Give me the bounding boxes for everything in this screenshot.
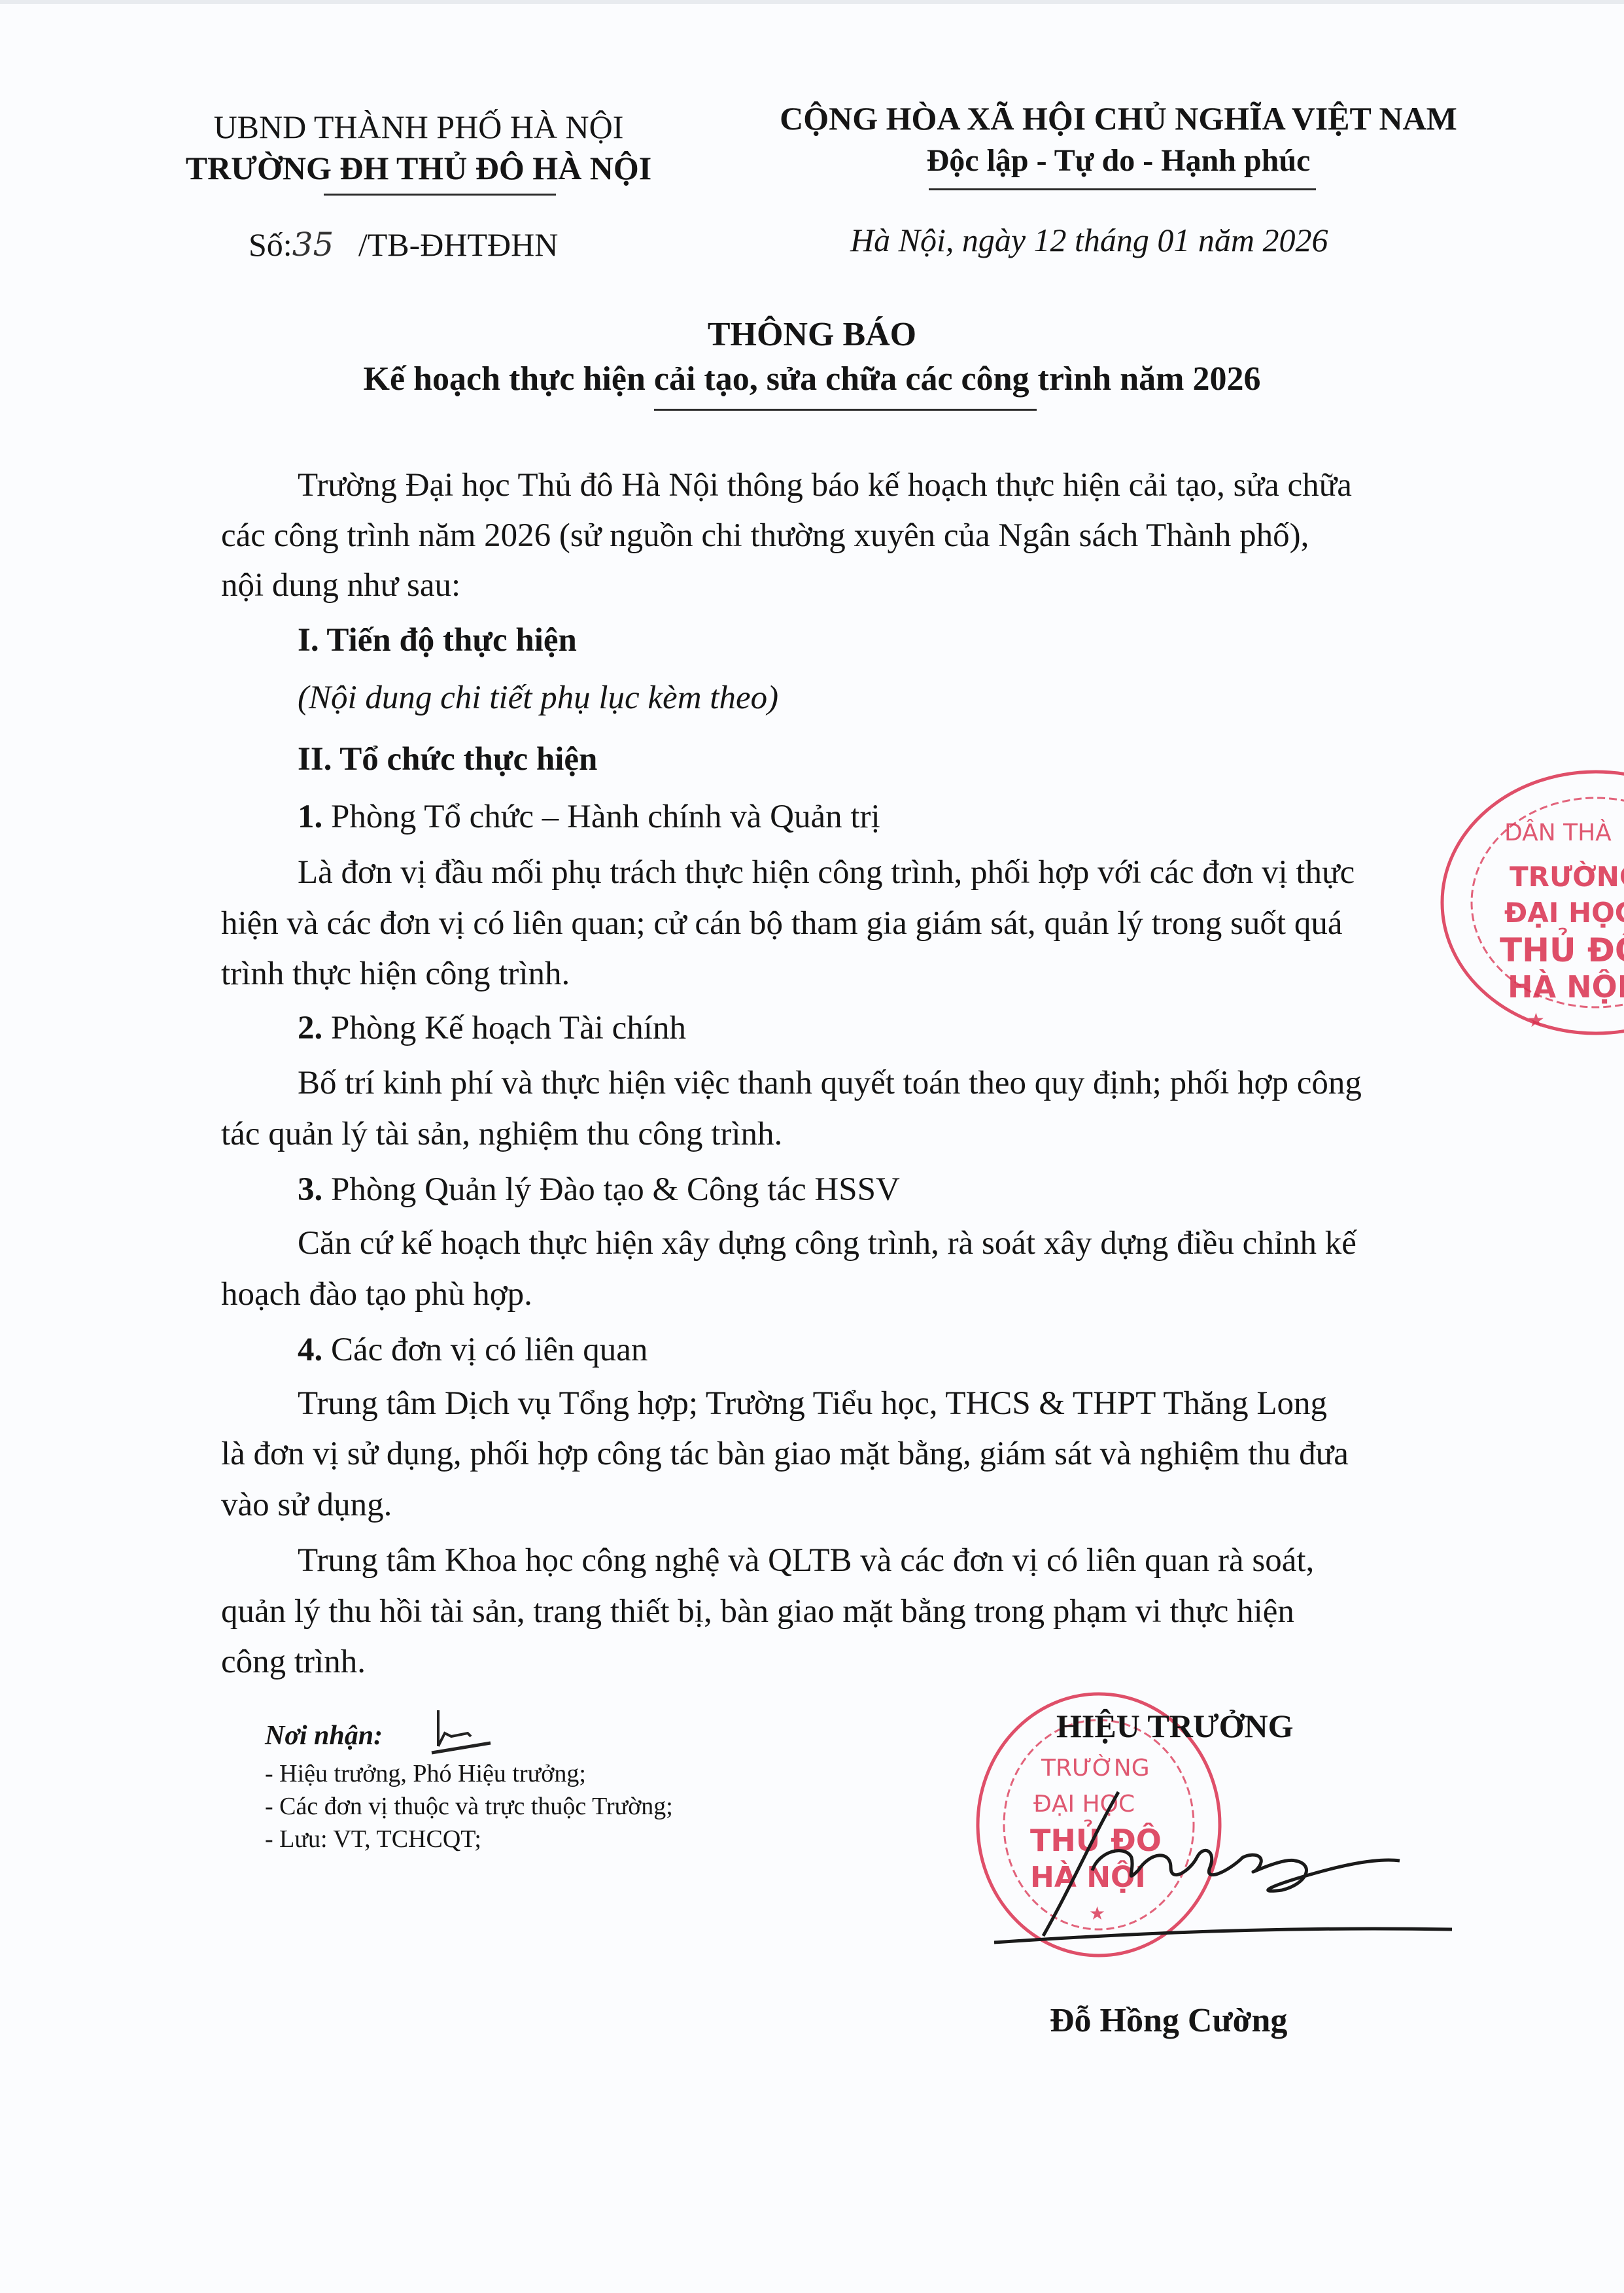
item-2-number: 2.: [298, 1010, 322, 1046]
national-motto: Độc lập - Tự do - Hạnh phúc: [739, 143, 1498, 179]
item-1-number: 1.: [298, 799, 322, 835]
item-4-title: Các đơn vị có liên quan: [331, 1332, 648, 1368]
signatory-title: HIỆU TRƯỞNG: [1056, 1707, 1294, 1745]
item-1-line-1: Là đơn vị đầu mối phụ trách thực hiện cô…: [298, 853, 1355, 891]
item-3-title: Phòng Quản lý Đào tạo & Công tác HSSV: [331, 1171, 900, 1208]
section-1-heading: I. Tiến độ thực hiện: [298, 621, 577, 659]
school-name: TRƯỜNG ĐH THỦ ĐÔ HÀ NỘI: [144, 149, 693, 187]
svg-text:HÀ NỘI: HÀ NỘI: [1508, 969, 1624, 1005]
recipient-item-1: - Hiệu trưởng, Phó Hiệu trưởng;: [265, 1759, 586, 1788]
item-2-line-1: Bố trí kinh phí và thực hiện việc thanh …: [298, 1064, 1362, 1102]
item-1-heading: 1. Phòng Tổ chức – Hành chính và Quản tr…: [298, 798, 880, 836]
item-4-para2-line-1: Trung tâm Khoa học công nghệ và QLTB và …: [298, 1542, 1314, 1579]
item-1-line-2: hiện và các đơn vị có liên quan; cử cán …: [221, 905, 1342, 942]
agency-name: UBND THÀNH PHỐ HÀ NỘI: [144, 108, 693, 146]
document-title: THÔNG BÁO: [0, 315, 1624, 354]
recipients-title: Nơi nhận:: [265, 1720, 383, 1751]
svg-text:DÂN THÀ: DÂN THÀ: [1504, 819, 1612, 846]
item-4-line-3: vào sử dụng.: [221, 1486, 392, 1524]
item-2-title: Phòng Kế hoạch Tài chính: [331, 1010, 686, 1046]
item-2-line-2: tác quản lý tài sản, nghiệm thu công trì…: [221, 1115, 782, 1153]
svg-text:TRƯỜNG: TRƯỜNG: [1510, 860, 1624, 893]
item-4-para2-line-3: công trình.: [221, 1643, 366, 1681]
item-4-heading: 4. Các đơn vị có liên quan: [298, 1331, 648, 1369]
recipient-item-2: - Các đơn vị thuộc và trực thuộc Trường;: [265, 1792, 673, 1821]
svg-text:TRƯỜNG: TRƯỜNG: [1041, 1754, 1150, 1782]
date-line: Hà Nội, ngày 12 tháng 01 năm 2026: [850, 221, 1328, 259]
item-3-line-1: Căn cứ kế hoạch thực hiện xây dựng công …: [298, 1224, 1356, 1262]
section-1-note: (Nội dung chi tiết phụ lục kèm theo): [298, 679, 778, 717]
svg-text:ĐẠI HỌC: ĐẠI HỌC: [1504, 897, 1624, 929]
handwritten-signature: [994, 1779, 1465, 1949]
item-4-number: 4.: [298, 1332, 322, 1368]
section-2-heading: II. Tổ chức thực hiện: [298, 740, 597, 778]
document-number-handwritten: 35: [292, 226, 334, 264]
item-1-title: Phòng Tổ chức – Hành chính và Quản trị: [331, 799, 880, 835]
item-4-line-1: Trung tâm Dịch vụ Tổng hợp; Trường Tiểu …: [298, 1385, 1327, 1422]
national-title: CỘNG HÒA XÃ HỘI CHỦ NGHĨA VIỆT NAM: [739, 99, 1498, 137]
document-number: Số:35 /TB-ĐHTĐHN: [249, 226, 558, 264]
document-subtitle: Kế hoạch thực hiện cải tạo, sửa chữa các…: [0, 360, 1624, 398]
document-number-suffix: /TB-ĐHTĐHN: [358, 226, 559, 263]
motto-underline: [929, 188, 1316, 190]
page-top-edge: [0, 0, 1624, 4]
document-number-prefix: Số:: [249, 226, 292, 263]
intro-line-1: Trường Đại học Thủ đô Hà Nội thông báo k…: [298, 466, 1352, 504]
school-name-underline: [324, 194, 556, 196]
intro-line-3: nội dung như sau:: [221, 566, 460, 604]
recipient-item-3: - Lưu: VT, TCHCQT;: [265, 1825, 481, 1853]
item-3-number: 3.: [298, 1171, 322, 1208]
item-1-line-3: trình thực hiện công trình.: [221, 955, 570, 993]
item-4-line-2: là đơn vị sử dụng, phối hợp công tác bàn…: [221, 1435, 1349, 1473]
item-2-heading: 2. Phòng Kế hoạch Tài chính: [298, 1009, 686, 1047]
item-4-para2-line-2: quản lý thu hồi tài sản, trang thiết bị,…: [221, 1593, 1294, 1630]
school-seal-margin: DÂN THÀ TRƯỜNG ĐẠI HỌC THỦ ĐÔ HÀ NỘI ★: [1432, 765, 1624, 1040]
item-3-heading: 3. Phòng Quản lý Đào tạo & Công tác HSSV: [298, 1171, 900, 1209]
subtitle-underline: [654, 409, 1037, 411]
svg-text:THỦ ĐÔ: THỦ ĐÔ: [1500, 927, 1624, 969]
signatory-name: Đỗ Hồng Cường: [1050, 2001, 1287, 2040]
initial-signature-mark: [419, 1707, 504, 1759]
svg-text:★: ★: [1527, 1009, 1545, 1032]
item-3-line-2: hoạch đào tạo phù hợp.: [221, 1275, 532, 1313]
intro-line-2: các công trình năm 2026 (sử nguồn chi th…: [221, 517, 1309, 555]
